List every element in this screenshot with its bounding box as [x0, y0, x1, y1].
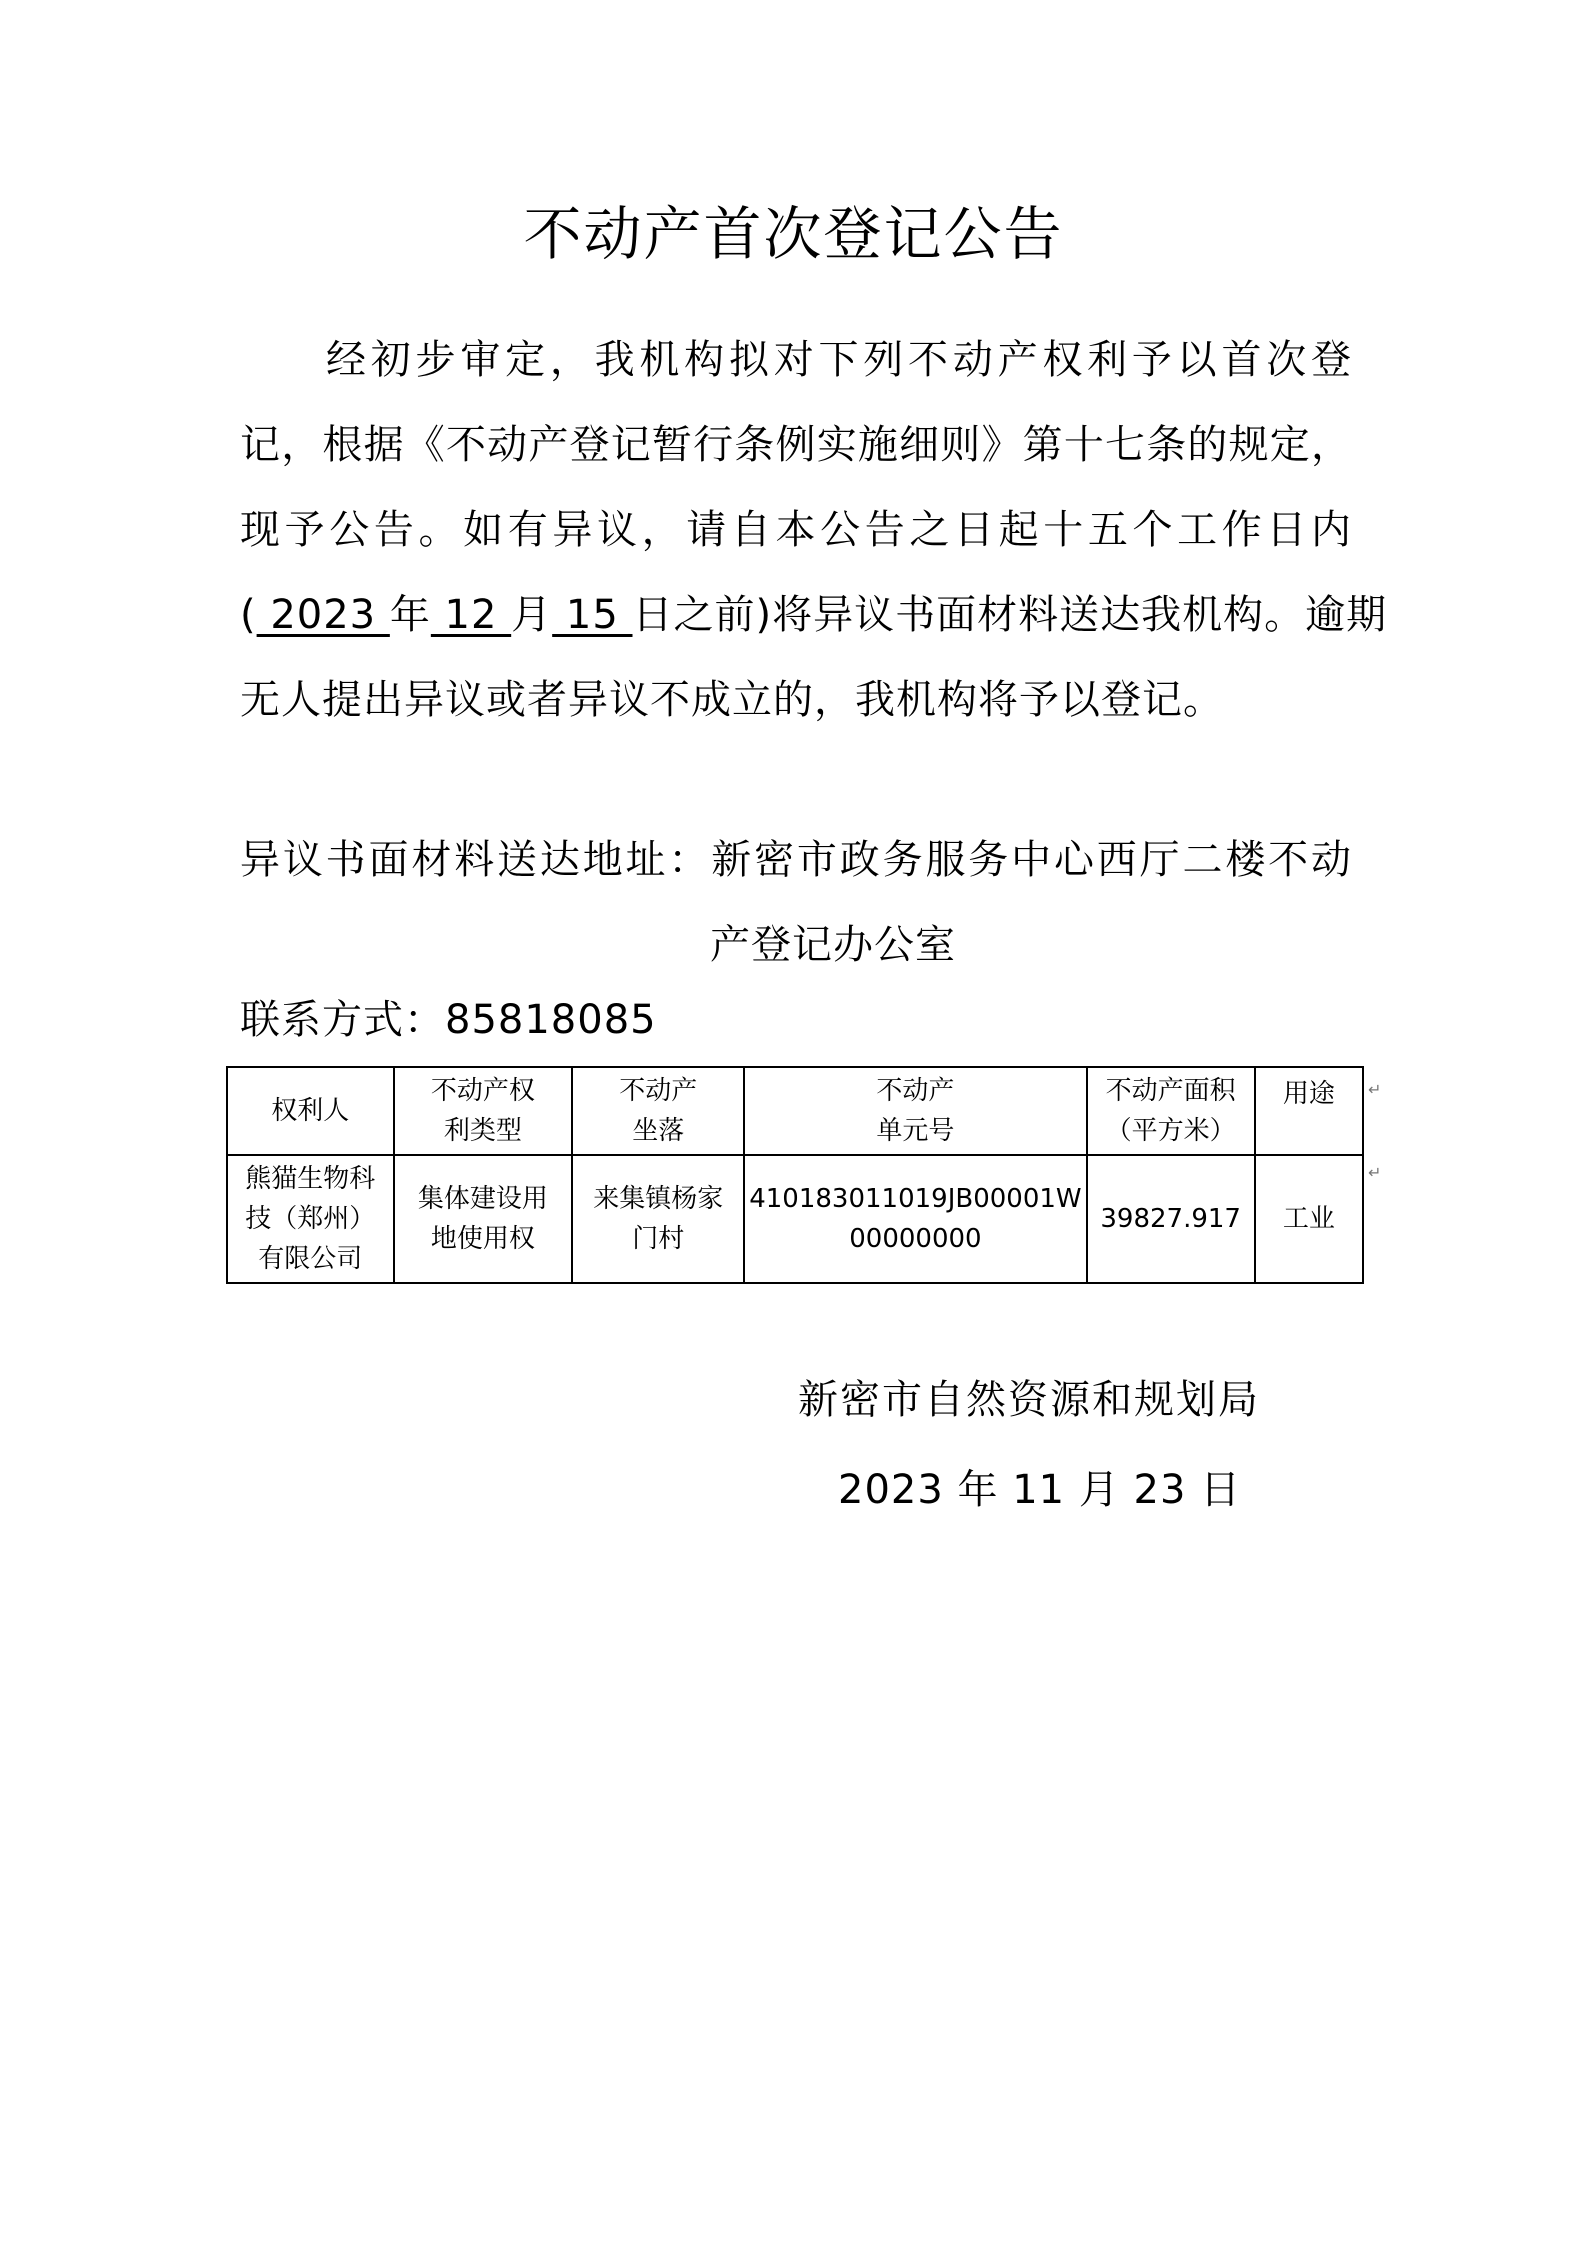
year-unit: 年: [390, 592, 431, 638]
cell-unit-no: 410183011019JB00001W00000000: [744, 1155, 1086, 1283]
cell-usage: 工业: [1255, 1155, 1363, 1283]
header-usage: 用途: [1255, 1067, 1363, 1155]
deadline-year: 2023: [257, 592, 390, 638]
cell-right-type: 集体建设用地使用权: [394, 1155, 573, 1283]
deadline-day: 15: [552, 592, 632, 638]
issue-date: 2023 年 11 月 23 日: [838, 1460, 1241, 1520]
body-line-2: 记，根据《不动产登记暂行条例实施细则》第十七条的规定，: [240, 403, 1352, 488]
table-header-row: 权利人 不动产权利类型 不动产坐落 不动产单元号 不动产面积（平方米） 用途: [227, 1067, 1363, 1155]
objection-address: 异议书面材料送达地址：新密市政务服务中心西厅二楼不动 产登记办公室: [240, 818, 1352, 988]
open-paren: (: [240, 592, 257, 638]
registration-table: 权利人 不动产权利类型 不动产坐落 不动产单元号 不动产面积（平方米） 用途 熊…: [226, 1066, 1364, 1284]
body-line-3: 现予公告。如有异议，请自本公告之日起十五个工作日内: [240, 488, 1352, 573]
address-line-1: 异议书面材料送达地址：新密市政务服务中心西厅二楼不动: [240, 818, 1352, 903]
contact-label: 联系方式：: [240, 997, 445, 1043]
header-unit-no: 不动产单元号: [744, 1067, 1086, 1155]
paragraph-mark-icon: ↵: [1368, 1080, 1381, 1099]
contact-info: 联系方式：85818085: [240, 990, 657, 1050]
contact-phone: 85818085: [445, 997, 657, 1043]
header-area: 不动产面积（平方米）: [1087, 1067, 1255, 1155]
body-line-4-rest: 日之前)将异议书面材料送达我机构。逾期: [633, 592, 1388, 638]
paragraph-mark-icon: ↵: [1368, 1163, 1381, 1182]
issuing-organization: 新密市自然资源和规划局: [798, 1370, 1260, 1430]
body-line-4: ( 2023 年 12 月 15 日之前)将异议书面材料送达我机构。逾期: [240, 573, 1352, 658]
address-line-2: 产登记办公室: [240, 903, 1352, 988]
cell-owner: 熊猫生物科技（郑州）有限公司: [227, 1155, 394, 1283]
deadline-month: 12: [431, 592, 511, 638]
table-row: 熊猫生物科技（郑州）有限公司 集体建设用地使用权 来集镇杨家门村 4101830…: [227, 1155, 1363, 1283]
page-title: 不动产首次登记公告: [0, 198, 1587, 270]
header-right-type: 不动产权利类型: [394, 1067, 573, 1155]
cell-location: 来集镇杨家门村: [572, 1155, 744, 1283]
month-unit: 月: [511, 592, 552, 638]
body-line-5: 无人提出异议或者异议不成立的，我机构将予以登记。: [240, 658, 1352, 743]
body-line-1: 经初步审定，我机构拟对下列不动产权利予以首次登: [240, 318, 1352, 403]
announcement-body: 经初步审定，我机构拟对下列不动产权利予以首次登 记，根据《不动产登记暂行条例实施…: [240, 318, 1352, 743]
cell-area: 39827.917: [1087, 1155, 1255, 1283]
header-owner: 权利人: [227, 1067, 394, 1155]
header-location: 不动产坐落: [572, 1067, 744, 1155]
